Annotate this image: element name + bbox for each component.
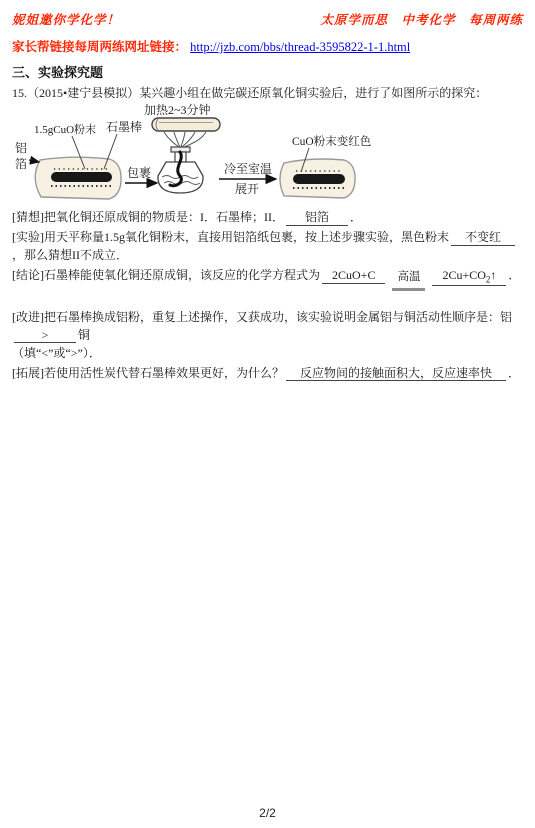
- label-cuo-powder: 1.5gCuO粉末: [34, 122, 96, 136]
- section-title: 三、实验探究题: [12, 62, 523, 81]
- brand-slogan: 妮姐邀你学化学！: [12, 10, 120, 28]
- hypothesis-tag: [猜想]: [12, 210, 44, 224]
- flame: [164, 132, 206, 148]
- conclusion-text: 石墨棒能使氧化铜还原成铜，该反应的化学方程式为: [44, 268, 320, 282]
- link-row: 家长帮链接每周两练网址链接： http://jzb.com/bbs/thread…: [12, 37, 523, 55]
- page-number: 2/2: [0, 806, 535, 820]
- label-foil: 铝 箔: [15, 141, 39, 171]
- experiment-line: [实验]用天平称量1.5g氧化铜粉末，直接用铝箔纸包裹，按上述步骤实验，黑色粉末…: [12, 228, 523, 264]
- hypothesis-text: 把氧化铜还原成铜的物质是：I．石墨棒；II．: [44, 210, 284, 224]
- question-source: （2015•建宁县模拟）: [27, 86, 139, 100]
- equation-gas-arrow: ↑: [490, 268, 496, 282]
- result-powder-rod: [293, 174, 345, 184]
- improve-text-mid: 铜: [78, 328, 90, 342]
- document-page: 妮姐邀你学化学！ 太原学而思 中考化学 每周两练 家长帮链接每周两练网址链接： …: [0, 0, 535, 828]
- cool-arrow-label-bottom: 展开: [235, 182, 259, 196]
- foil-open-left: [35, 158, 121, 200]
- label-graphite-rod: 石墨棒: [106, 119, 142, 134]
- extend-answer: 反应物间的接触面积大，反应速率快: [300, 366, 492, 380]
- experiment-diagram: 加热2~3分钟: [14, 102, 523, 206]
- conclusion-period: ．: [508, 268, 520, 282]
- heat-duration-label: 加热2~3分钟: [144, 102, 211, 117]
- equation-right-blank: 2Cu+CO2↑: [432, 269, 506, 286]
- equation-right: 2Cu+CO: [442, 268, 485, 282]
- link-label: 家长帮链接每周两练网址链接：: [12, 40, 187, 54]
- experiment-tag: [实验]: [12, 230, 44, 244]
- forum-link[interactable]: http://jzb.com/bbs/thread-3595822-1-1.ht…: [190, 40, 410, 54]
- wrap-arrow-label: 包裹: [127, 165, 151, 180]
- equation-condition: 高温: [392, 269, 425, 290]
- label-result: CuO粉末变红色: [292, 134, 371, 148]
- label-foil-char1: 铝: [15, 141, 27, 155]
- header-course-info: 太原学而思 中考化学 每周两练: [320, 10, 523, 28]
- experiment-tail: ，那么猜想II不成立．: [12, 248, 128, 262]
- improve-answer: >: [42, 328, 49, 342]
- improve-line: [改进]把石墨棒换成铝粉，重复上述操作，又获成功，该实验说明金属铝与铜活动性顺序…: [12, 308, 523, 362]
- label-foil-char2: 箔: [15, 157, 27, 171]
- question-number: 15.: [12, 86, 27, 100]
- improve-answer-blank: >: [14, 329, 76, 344]
- extend-tag: [拓展]: [12, 366, 44, 380]
- hypothesis-answer-blank: 铝箔: [286, 211, 348, 226]
- improve-text: 把石墨棒换成铝粉，重复上述操作，又获成功，该实验说明金属铝与铜活动性顺序是：铝: [44, 310, 512, 324]
- equation-left: 2CuO+C: [332, 268, 375, 282]
- wrapped-package: [152, 118, 220, 131]
- conclusion-tag: [结论]: [12, 268, 44, 282]
- conclusion-line: [结论]石墨棒能使氧化铜还原成铜，该反应的化学方程式为2CuO+C高温2Cu+C…: [12, 266, 523, 289]
- hypothesis-period: ．: [350, 210, 362, 224]
- alcohol-lamp: [158, 147, 203, 193]
- cuo-powder-rod: [51, 172, 112, 182]
- extend-line: [拓展]若使用活性炭代替石墨棒效果更好，为什么？反应物间的接触面积大，反应速率快…: [12, 364, 523, 382]
- extend-answer-blank: 反应物间的接触面积大，反应速率快: [286, 367, 506, 382]
- extend-text: 若使用活性炭代替石墨棒效果更好，为什么？: [44, 366, 284, 380]
- improve-fill-hint: （填“<”或“>”）．: [12, 346, 101, 360]
- experiment-text: 用天平称量1.5g氧化铜粉末，直接用铝箔纸包裹，按上述步骤实验，黑色粉末: [44, 230, 449, 244]
- question-text: 某兴趣小组在做完碳还原氧化铜实验后，进行了如图所示的探究：: [139, 86, 487, 100]
- extend-period: ．: [508, 366, 520, 380]
- wrap-arrow: 包裹: [125, 165, 157, 183]
- hypothesis-line: [猜想]把氧化铜还原成铜的物质是：I．石墨棒；II．铝箔．: [12, 208, 523, 226]
- hypothesis-answer: 铝箔: [305, 210, 329, 224]
- experiment-diagram-svg: 加热2~3分钟: [14, 102, 525, 202]
- foil-open-right: [280, 159, 355, 198]
- equation-left-blank: 2CuO+C: [322, 269, 385, 284]
- experiment-answer: 不变红: [465, 230, 501, 244]
- page-header: 妮姐邀你学化学！ 太原学而思 中考化学 每周两练: [12, 10, 523, 28]
- question-stem: 15.（2015•建宁县模拟）某兴趣小组在做完碳还原氧化铜实验后，进行了如图所示…: [12, 85, 523, 102]
- cool-arrow: 冷至室温 展开: [219, 161, 276, 196]
- experiment-answer-blank: 不变红: [451, 231, 515, 246]
- improve-tag: [改进]: [12, 310, 44, 324]
- cool-arrow-label-top: 冷至室温: [224, 161, 272, 176]
